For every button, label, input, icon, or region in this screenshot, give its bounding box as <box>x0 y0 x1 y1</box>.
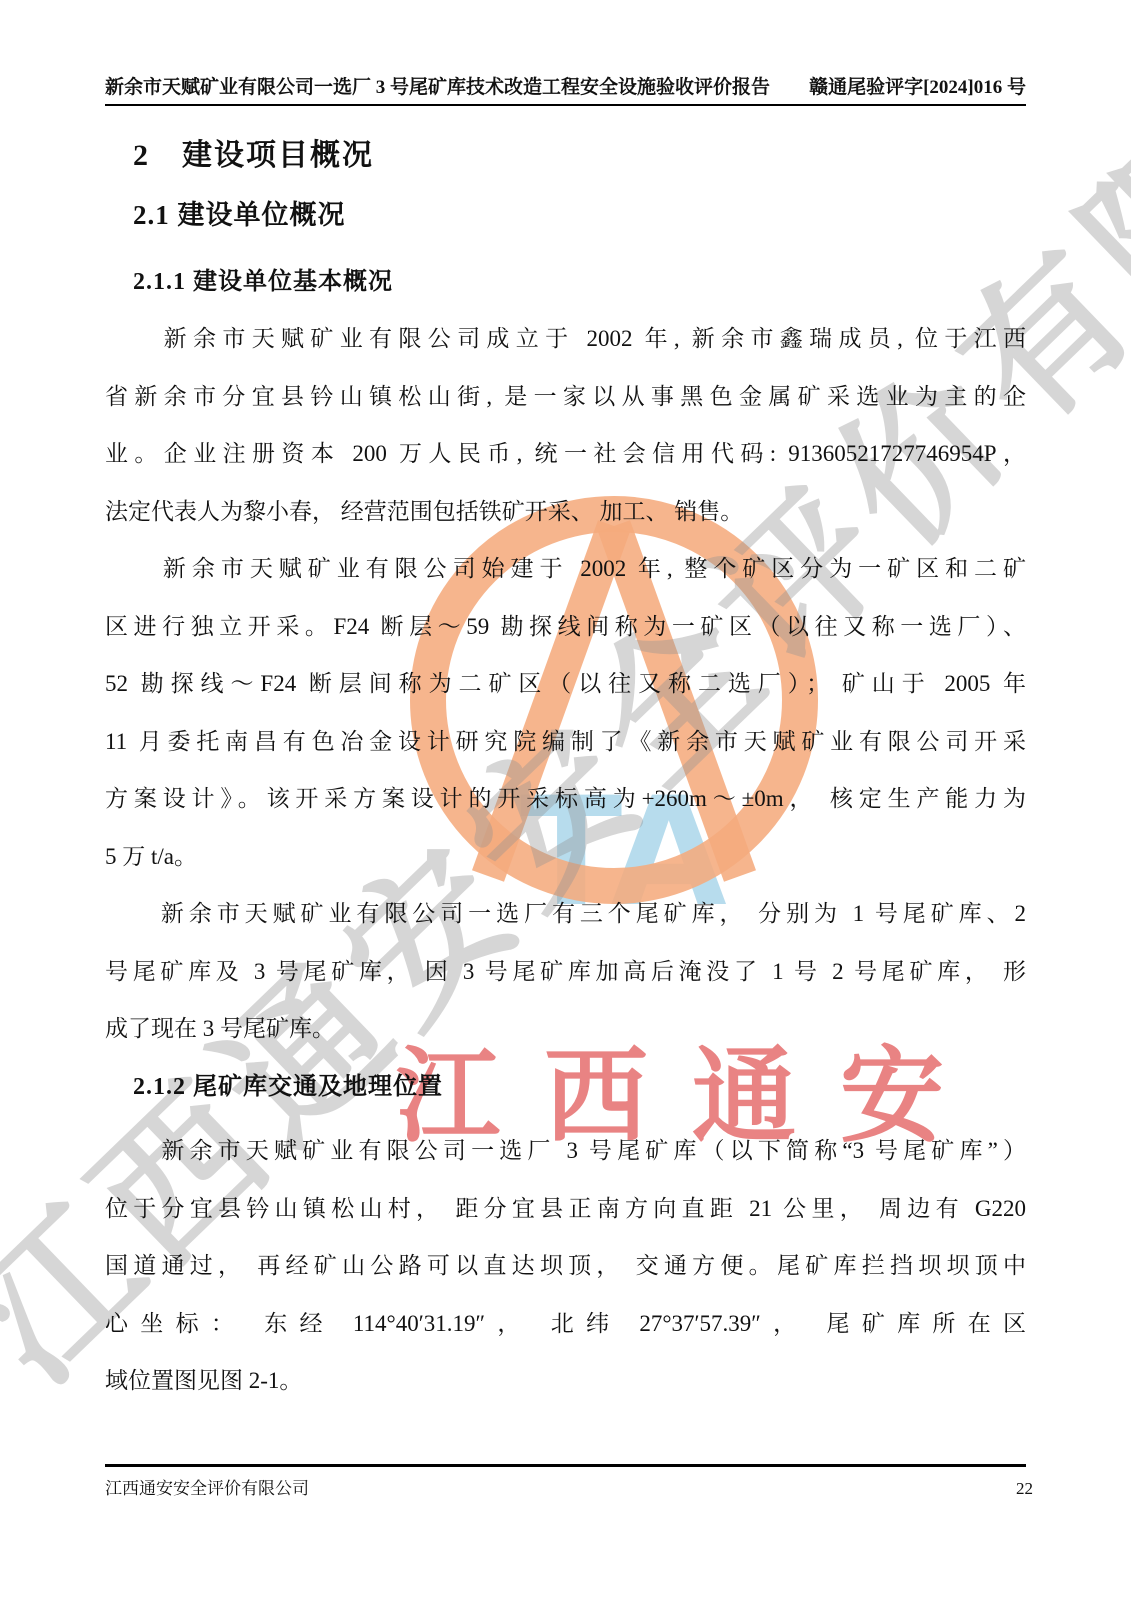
paragraph-line: 业。企业注册资本 200 万人民币, 统一社会信用代码: 91360521727… <box>105 425 1026 483</box>
paragraph-line: 省新余市分宜县钤山镇松山街, 是一家以从事黑色金属矿采选业为主的企 <box>105 368 1026 426</box>
paragraph-line: 成了现在 3 号尾矿库。 <box>105 1000 1026 1058</box>
paragraph-line: 国道通过， 再经矿山公路可以直达坝顶， 交通方便。尾矿库拦挡坝坝顶中 <box>105 1237 1026 1295</box>
paragraph-line: 号尾矿库及 3 号尾矿库， 因 3 号尾矿库加高后淹没了 1 号 2 号尾矿库，… <box>105 943 1026 1001</box>
paragraph-line: 新余市天赋矿业有限公司成立于 2002 年, 新余市鑫瑞成员, 位于江西 <box>105 310 1026 368</box>
footer-rule <box>105 1464 1026 1467</box>
paragraph-line: 区进行独立开采。F24 断层～59 勘探线间称为一矿区（以往又称一选厂）、 <box>105 598 1026 656</box>
page-header: 新余市天赋矿业有限公司一选厂 3 号尾矿库技术改造工程安全设施验收评价报告 赣通… <box>105 72 1026 99</box>
paragraph-line: 位于分宜县钤山镇松山村， 距分宜县正南方向直距 21 公里， 周边有 G220 <box>105 1180 1026 1238</box>
paragraph-company-basic-info: 新余市天赋矿业有限公司成立于 2002 年, 新余市鑫瑞成员, 位于江西省新余市… <box>105 310 1026 540</box>
chapter-heading: 2 建设项目概况 <box>133 130 374 174</box>
paragraph-line: 52 勘探线～F24 断层间称为二矿区（以往又称二选厂）； 矿山于 2005 年 <box>105 655 1026 713</box>
paragraph-tailings-ponds: 新余市天赋矿业有限公司一选厂有三个尾矿库， 分别为 1 号尾矿库、2号尾矿库及 … <box>105 885 1026 1058</box>
subsection-heading-2-1-1: 2.1.1 建设单位基本概况 <box>133 261 393 296</box>
header-document-number: 赣通尾验评字[2024]016 号 <box>809 72 1026 99</box>
paragraph-line: 11 月委托南昌有色冶金设计研究院编制了《新余市天赋矿业有限公司开采 <box>105 713 1026 771</box>
document-page: TA 江西通安安全评价有限公司 江西通安 新余市天赋矿业有限公司一选厂 3 号尾… <box>0 0 1131 1600</box>
header-report-title: 新余市天赋矿业有限公司一选厂 3 号尾矿库技术改造工程安全设施验收评价报告 <box>105 72 770 99</box>
section-heading-2-1: 2.1 建设单位概况 <box>133 193 346 232</box>
paragraph-mine-history: 新余市天赋矿业有限公司始建于 2002 年, 整个矿区分为一矿区和二矿区进行独立… <box>105 540 1026 885</box>
paragraph-line: 新余市天赋矿业有限公司始建于 2002 年, 整个矿区分为一矿区和二矿 <box>105 540 1026 598</box>
paragraph-line: 新余市天赋矿业有限公司一选厂 3 号尾矿库（以下简称“3 号尾矿库”） <box>105 1122 1026 1180</box>
page-number: 22 <box>1016 1479 1033 1499</box>
paragraph-location: 新余市天赋矿业有限公司一选厂 3 号尾矿库（以下简称“3 号尾矿库”）位于分宜县… <box>105 1122 1026 1410</box>
header-rule <box>105 104 1026 106</box>
subsection-heading-2-1-2: 2.1.2 尾矿库交通及地理位置 <box>133 1066 443 1101</box>
paragraph-line: 新余市天赋矿业有限公司一选厂有三个尾矿库， 分别为 1 号尾矿库、2 <box>105 885 1026 943</box>
paragraph-line: 域位置图见图 2-1。 <box>105 1352 1026 1410</box>
paragraph-line: 法定代表人为黎小春， 经营范围包括铁矿开采、 加工、 销售。 <box>105 483 1026 541</box>
page-footer: 江西通安安全评价有限公司 22 <box>105 1474 1033 1499</box>
text-layer: 新余市天赋矿业有限公司一选厂 3 号尾矿库技术改造工程安全设施验收评价报告 赣通… <box>0 0 1131 1600</box>
paragraph-line: 心坐标： 东经 114°40′31.19″， 北纬 27°37′57.39″， … <box>105 1295 1026 1353</box>
footer-company-name: 江西通安安全评价有限公司 <box>105 1474 309 1499</box>
paragraph-line: 方案设计》。该开采方案设计的开采标高为+260m～±0m， 核定生产能力为 <box>105 770 1026 828</box>
paragraph-line: 5 万 t/a。 <box>105 828 1026 886</box>
